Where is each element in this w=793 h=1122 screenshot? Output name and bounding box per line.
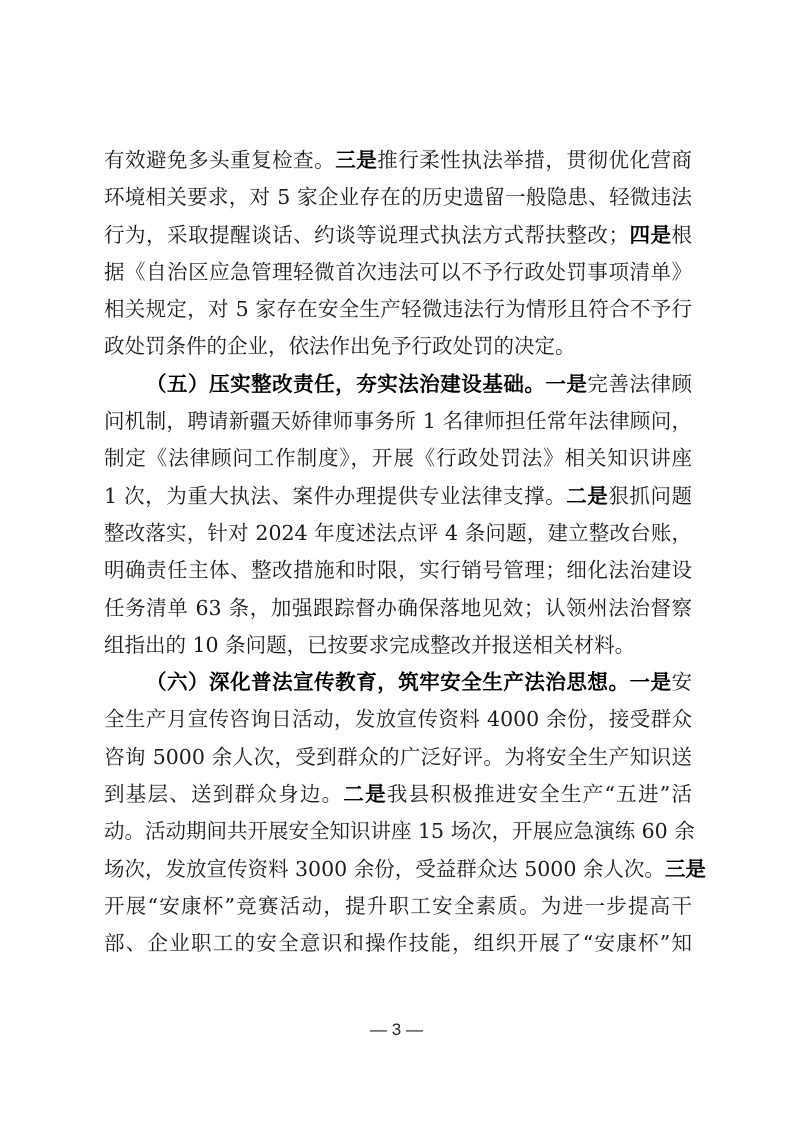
text-segment: 部、企业职工的安全意识和操作技能，组织开展了“安康杯”知 — [104, 931, 692, 955]
text-segment: 行为，采取提醒谈话、约谈等说理式执法方式帮扶整改； — [104, 223, 629, 247]
text-segment: 我县积极推进安全生产“五进”活 — [387, 782, 692, 806]
text-line: 问机制，聘请新疆天娇律师事务所 1 名律师担任常年法律顾问， — [104, 403, 692, 440]
text-line: 政处罚条件的企业，依法作出免予行政处罚的决定。 — [104, 328, 692, 365]
text-line: 场次，发放宣传资料 3000 余份，受益群众达 5000 余人次。三是 — [104, 851, 692, 888]
bold-text-segment: 三是 — [665, 857, 706, 881]
text-segment: 环境相关要求，对 5 家企业存在的历史遗留一般隐患、轻微违法 — [104, 185, 692, 209]
text-segment: 推行柔性执法举措，贯彻优化营商 — [377, 148, 692, 172]
text-segment: 到基层、送到群众身边。 — [104, 782, 343, 806]
text-segment: 开展“安康杯”竞赛活动，提升职工安全素质。为进一步提高干 — [104, 894, 692, 918]
text-line: 制定《法律顾问工作制度》，开展《行政处罚法》相关知识讲座 — [104, 440, 692, 477]
text-segment: 整改落实，针对 2024 年度述法点评 4 条问题，建立整改台账， — [104, 521, 692, 545]
text-line: 全生产月宣传咨询日活动，发放宣传资料 4000 余份，接受群众 — [104, 701, 692, 738]
text-line: 明确责任主体、整改措施和时限，实行销号管理；细化法治建设 — [104, 552, 692, 589]
text-segment: 任务清单 63 条，加强跟踪督办确保落地见效；认领州法治督察 — [104, 596, 692, 620]
text-line: 动。活动期间共开展安全知识讲座 15 场次，开展应急演练 60 余 — [104, 813, 692, 850]
body-text: 有效避免多头重复检查。三是推行柔性执法举措，贯彻优化营商环境相关要求，对 5 家… — [104, 142, 692, 963]
page-number: — 3 — — [0, 1020, 793, 1040]
bold-text-segment: 二是 — [566, 484, 608, 508]
bold-text-segment: （六）深化普法宣传教育，筑牢安全生产法治思想。一是 — [146, 670, 672, 694]
text-line: （五）压实整改责任，夯实法治建设基础。一是完善法律顾 — [104, 366, 692, 403]
text-line: （六）深化普法宣传教育，筑牢安全生产法治思想。一是安 — [104, 664, 692, 701]
text-segment: 相关规定，对 5 家存在安全生产轻微违法行为情形且符合不予行 — [104, 297, 692, 321]
bold-text-segment: 四是 — [629, 223, 672, 247]
text-segment: 全生产月宣传咨询日活动，发放宣传资料 4000 余份，接受群众 — [104, 707, 692, 731]
text-line: 据《自治区应急管理轻微首次违法可以不予行政处罚事项清单》 — [104, 254, 692, 291]
text-segment: 1 次，为重大执法、案件办理提供专业法律支撑。 — [104, 484, 566, 508]
text-segment: 动。活动期间共开展安全知识讲座 15 场次，开展应急演练 60 余 — [104, 819, 695, 843]
text-line: 任务清单 63 条，加强跟踪督办确保落地见效；认领州法治督察 — [104, 590, 692, 627]
bold-text-segment: 二是 — [343, 782, 387, 806]
text-segment: 有效避免多头重复检查。 — [104, 148, 335, 172]
text-segment: 咨询 5000 余人次，受到群众的广泛好评。为将安全生产知识送 — [104, 745, 692, 769]
text-segment: 据《自治区应急管理轻微首次违法可以不予行政处罚事项清单》 — [104, 260, 692, 284]
text-line: 行为，采取提醒谈话、约谈等说理式执法方式帮扶整改；四是根 — [104, 217, 692, 254]
text-line: 部、企业职工的安全意识和操作技能，组织开展了“安康杯”知 — [104, 925, 692, 962]
text-segment: 安 — [672, 670, 693, 694]
text-segment: 场次，发放宣传资料 3000 余份，受益群众达 5000 余人次。 — [104, 857, 665, 881]
bold-text-segment: （五）压实整改责任，夯实法治建设基础。一是 — [146, 372, 587, 396]
text-segment: 组指出的 10 条问题，已按要求完成整改并报送相关材料。 — [104, 633, 635, 657]
document-page: 有效避免多头重复检查。三是推行柔性执法举措，贯彻优化营商环境相关要求，对 5 家… — [0, 0, 793, 1122]
text-line: 咨询 5000 余人次，受到群众的广泛好评。为将安全生产知识送 — [104, 739, 692, 776]
text-line: 开展“安康杯”竞赛活动，提升职工安全素质。为进一步提高干 — [104, 888, 692, 925]
text-segment: 政处罚条件的企业，依法作出免予行政处罚的决定。 — [104, 334, 576, 358]
bold-text-segment: 三是 — [335, 148, 377, 172]
text-segment: 问机制，聘请新疆天娇律师事务所 1 名律师担任常年法律顾问， — [104, 409, 692, 433]
text-line: 有效避免多头重复检查。三是推行柔性执法举措，贯彻优化营商 — [104, 142, 692, 179]
text-line: 相关规定，对 5 家存在安全生产轻微违法行为情形且符合不予行 — [104, 291, 692, 328]
text-line: 组指出的 10 条问题，已按要求完成整改并报送相关材料。 — [104, 627, 692, 664]
text-line: 到基层、送到群众身边。二是我县积极推进安全生产“五进”活 — [104, 776, 692, 813]
text-segment: 制定《法律顾问工作制度》，开展《行政处罚法》相关知识讲座 — [104, 446, 692, 470]
text-line: 整改落实，针对 2024 年度述法点评 4 条问题，建立整改台账， — [104, 515, 692, 552]
text-line: 环境相关要求，对 5 家企业存在的历史遗留一般隐患、轻微违法 — [104, 179, 692, 216]
text-segment: 根 — [672, 223, 693, 247]
text-segment: 完善法律顾 — [587, 372, 692, 396]
text-line: 1 次，为重大执法、案件办理提供专业法律支撑。二是狠抓问题 — [104, 478, 692, 515]
text-segment: 明确责任主体、整改措施和时限，实行销号管理；细化法治建设 — [104, 558, 692, 582]
text-segment: 狠抓问题 — [608, 484, 692, 508]
